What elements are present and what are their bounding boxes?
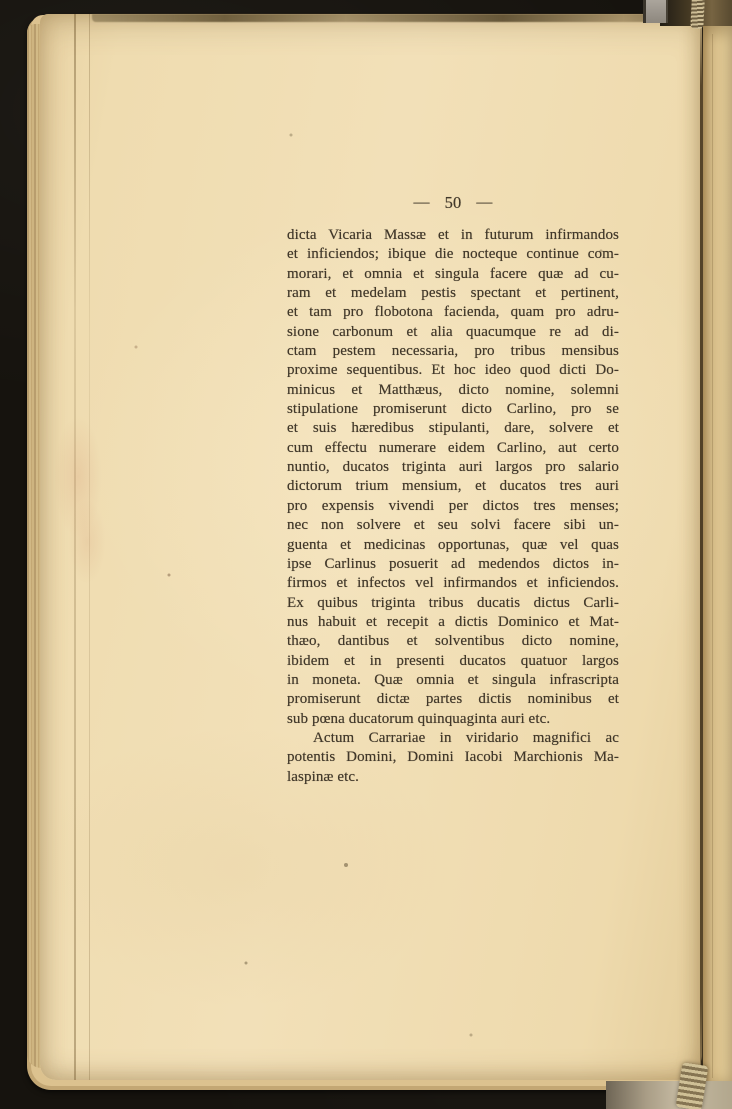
paper-specks — [40, 14, 42, 16]
next-page-crease — [712, 34, 713, 1078]
page-top-edge-soil — [92, 14, 696, 22]
book-scan-scene: — 50 — dicta Vicaria Massæ et in futurum… — [0, 0, 732, 1109]
text-block: — 50 — dicta Vicaria Massæ et in futurum… — [287, 193, 619, 787]
binding-clip-top — [643, 0, 668, 23]
text-line: ctam pestem necessaria, pro tribus mensi… — [287, 342, 619, 361]
text-line: Ex quibus triginta tribus ducatis dictus… — [287, 594, 619, 613]
text-line: dictorum trium mensium, et ducatos tres … — [287, 477, 619, 496]
text-line: thæo, dantibus et solventibus dicto nomi… — [287, 632, 619, 651]
text-line: laspinæ etc. — [287, 768, 619, 787]
table-surface-bottom-right — [606, 1081, 732, 1109]
stitching-top-icon — [690, 0, 704, 29]
text-line: stipulatione promiserunt dicto Carlino, … — [287, 400, 619, 419]
page-number-header: — 50 — — [287, 193, 619, 213]
text-line: promiserunt dictæ partes dictis nominibu… — [287, 690, 619, 709]
text-line: cum effectu numerare eidem Carlino, aut … — [287, 439, 619, 458]
text-line: sione carbonum et alia quacumque re ad d… — [287, 323, 619, 342]
text-line: nus habuit et recepit a dictis Dominico … — [287, 613, 619, 632]
text-line: guenta et medicinas opportunas, quæ vel … — [287, 536, 619, 555]
text-line: in moneta. Quæ omnia et singula infrascr… — [287, 671, 619, 690]
text-line: nec non solvere et seu solvi facere sibi… — [287, 516, 619, 535]
text-line: Actum Carrariae in viridario magnifici a… — [287, 729, 619, 748]
text-line: minicus et Matthæus, dicto nomine, solem… — [287, 381, 619, 400]
text-line: morari, et omnia et singula facere quæ a… — [287, 265, 619, 284]
text-line: et inficiendos; ibique die nocteque cont… — [287, 245, 619, 264]
text-line: ipse Carlinus posuerit ad medendos dicto… — [287, 555, 619, 574]
header-dash-right: — — [476, 194, 492, 212]
body-text: dicta Vicaria Massæ et in futurum infirm… — [287, 226, 619, 787]
header-dash-left: — — [414, 194, 430, 212]
text-line: nuntio, ducatos triginta auri largos pro… — [287, 458, 619, 477]
text-line: et tam pro flobotona facienda, quam pro … — [287, 303, 619, 322]
text-line: ram et medelam pestis spectant et pertin… — [287, 284, 619, 303]
text-line: dicta Vicaria Massæ et in futurum infirm… — [287, 226, 619, 245]
paper-stain — [68, 499, 106, 584]
text-line: proxime sequentibus. Et hoc ideo quod di… — [287, 361, 619, 380]
book-page: — 50 — dicta Vicaria Massæ et in futurum… — [40, 14, 702, 1080]
next-page-edge — [703, 24, 732, 1088]
text-line: firmos et infectos vel infirmandos et in… — [287, 574, 619, 593]
text-line: et suis hæredibus stipulanti, dare, solv… — [287, 419, 619, 438]
text-line: pro expensis vivendi per dictos tres men… — [287, 497, 619, 516]
text-line: sub pœna ducatorum quinquaginta auri etc… — [287, 710, 619, 729]
page-number: 50 — [445, 193, 462, 213]
text-line: potentis Domini, Domini Iacobi Marchioni… — [287, 748, 619, 767]
text-line: ibidem et in presenti ducatos quatuor la… — [287, 652, 619, 671]
